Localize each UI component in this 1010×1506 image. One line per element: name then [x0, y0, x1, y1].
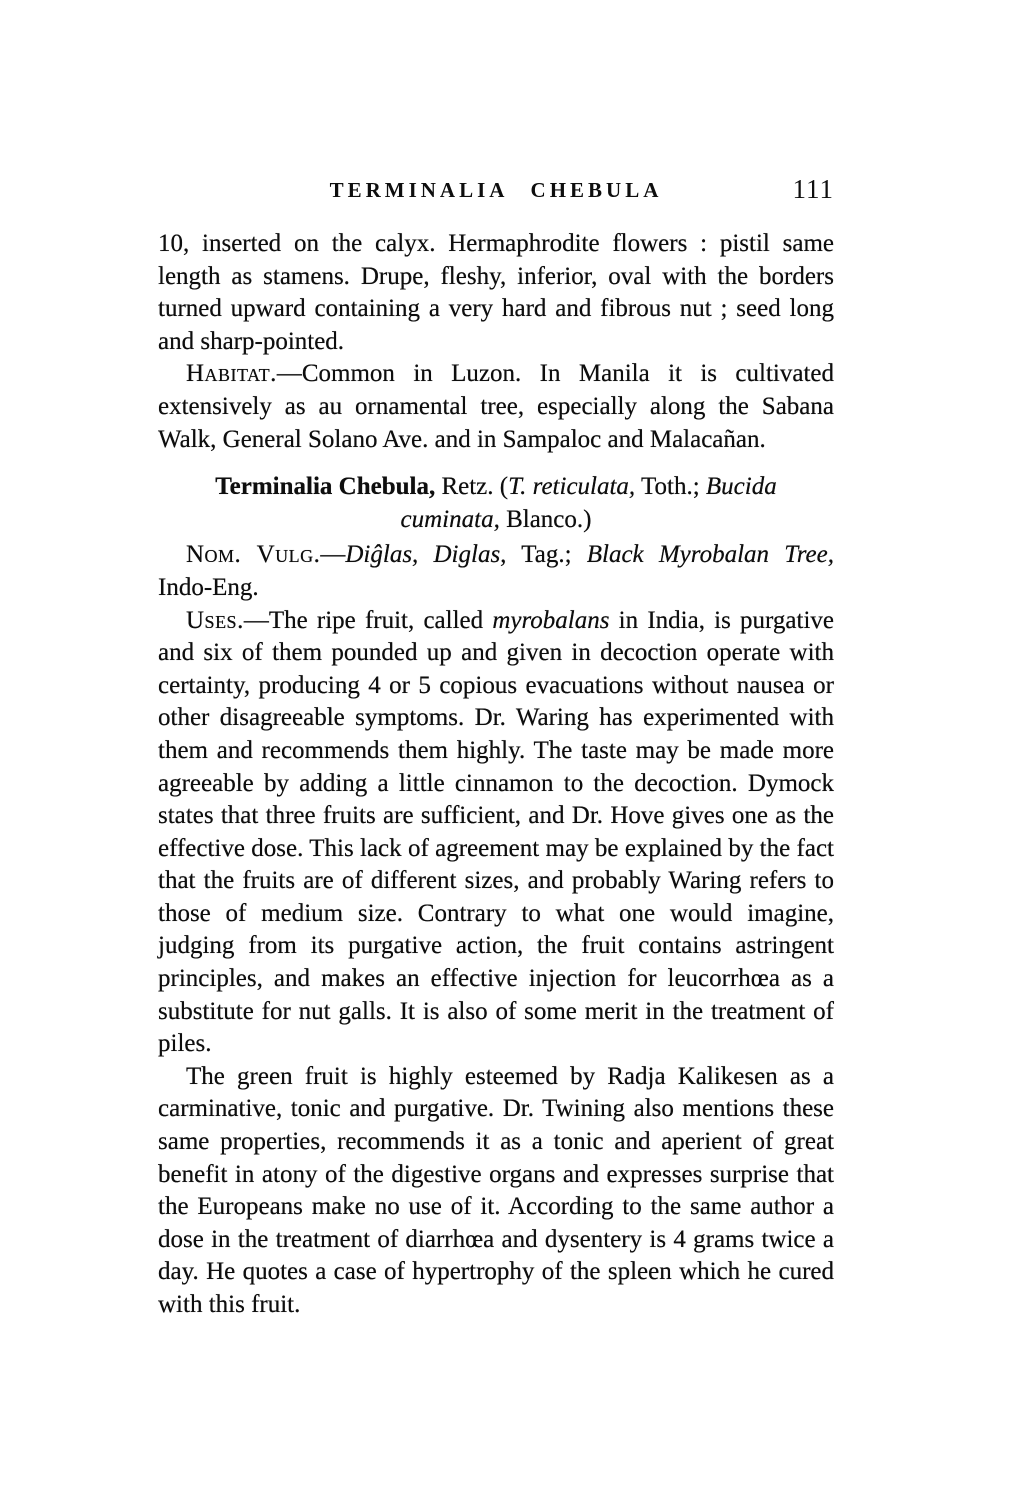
text-run: Retz. ( — [435, 473, 508, 500]
text-run: T. reticulata, — [508, 473, 635, 500]
text-run: Habitat. — [186, 360, 277, 387]
text-run: Indo-Eng. — [158, 574, 259, 601]
paragraph-description: 10, inserted on the calyx. Hermaphrodite… — [158, 228, 834, 358]
text-run: in India, is purgative and six of them p… — [158, 607, 834, 1058]
text-run: Nom. Vulg. — [186, 541, 320, 568]
text-run: Blanco.) — [500, 506, 592, 533]
text-run: — — [320, 541, 345, 568]
paragraph-uses: Uses.—The ripe fruit, called myrobalans … — [158, 605, 834, 1061]
species-heading: Terminalia Chebula, Retz. (T. reticulata… — [158, 471, 834, 536]
paragraph-habitat: Habitat.—Common in Luzon. In Manila it i… — [158, 358, 834, 456]
book-page: TERMINALIA CHEBULA 111 10, inserted on t… — [0, 0, 1010, 1506]
text-run: myrobalans — [492, 607, 609, 634]
text-run: The green fruit is highly esteemed by Ra… — [158, 1063, 834, 1318]
page-number: 111 — [793, 174, 835, 205]
text-run: Uses. — [186, 607, 244, 634]
text-run: —The ripe fruit, called — [244, 607, 493, 634]
text-run: Black Myrobalan Tree, — [587, 541, 834, 568]
page-body: 10, inserted on the calyx. Hermaphrodite… — [158, 228, 834, 1322]
paragraph-green-fruit: The green fruit is highly esteemed by Ra… — [158, 1061, 834, 1322]
text-run: 10, inserted on the calyx. Hermaphrodite… — [158, 230, 834, 355]
paragraph-nom-vulg: Nom. Vulg.—Diĝlas, Diglas, Tag.; Black M… — [158, 539, 834, 604]
text-block: TERMINALIA CHEBULA 111 10, inserted on t… — [158, 178, 834, 1322]
header-title: TERMINALIA CHEBULA — [158, 178, 834, 203]
text-run: Tag.; — [506, 541, 586, 568]
text-run: Diĝlas, Diglas, — [345, 541, 506, 568]
text-run: Terminalia Chebula, — [215, 473, 435, 500]
text-run: Toth.; — [635, 473, 706, 500]
running-header: TERMINALIA CHEBULA 111 — [158, 178, 834, 206]
